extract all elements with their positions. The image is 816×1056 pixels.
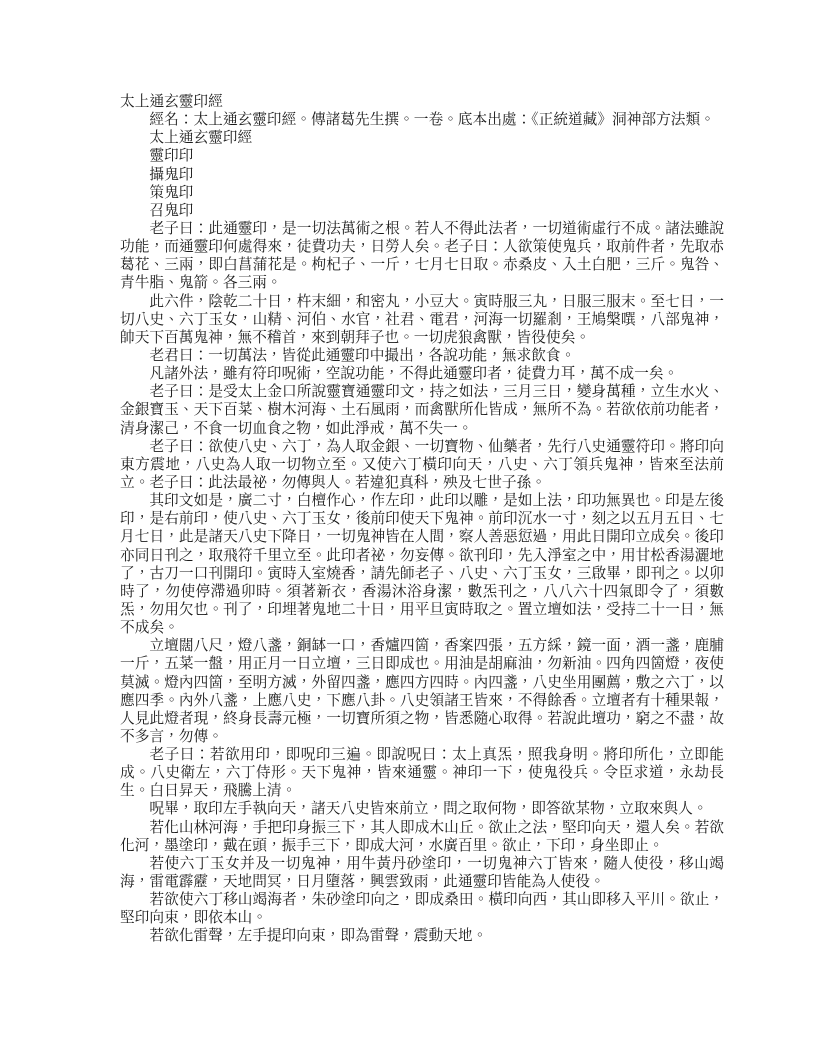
doc-meta: 經名：太上通玄靈印經。傳諸葛先生撰。一卷。底本出處：《正統道藏》洞神部方法類。 — [120, 111, 724, 129]
paragraph: 老子曰：此通靈印，是一切法萬術之根。若人不得此法者，一切道術虛行不成。諸法雖說功… — [120, 220, 724, 293]
paragraph: 老子曰：是受太上金口所說靈寶通靈印文，持之如法，三月三日，變身萬種，立生水火、金… — [120, 383, 724, 437]
paragraph: 凡諸外法，雖有符印呪術，空說功能，不得此通靈印者，徒費力耳，萬不成一矣。 — [120, 365, 724, 383]
paragraph: 若使六丁玉女并及一切鬼神，用牛黃丹砂塗印，一切鬼神六丁皆來，隨人使役，移山竭海，… — [120, 855, 724, 891]
seal-list-item: 攝鬼印 — [120, 166, 724, 184]
seal-list-item: 召鬼印 — [120, 202, 724, 220]
paragraph: 若化山林河海，手把印身振三下，其人即成木山丘。欲止之法，堅印向天，還人矣。若欲化… — [120, 819, 724, 855]
document-page: 太上通玄靈印經經名：太上通玄靈印經。傳諸葛先生撰。一卷。底本出處：《正統道藏》洞… — [0, 0, 816, 1056]
paragraph: 老君曰：一切萬法，皆從此通靈印中撮出，各說功能，無求飲食。 — [120, 347, 724, 365]
paragraph: 若欲使六丁移山竭海者，朱砂塗印向之，即成桑田。橫印向西，其山即移入平川。欲止，堅… — [120, 891, 724, 927]
doc-title: 太上通玄靈印經 — [120, 93, 724, 111]
seal-list-item: 策鬼印 — [120, 184, 724, 202]
paragraph: 呪畢，取印左手執向天，諸天八史皆來前立，問之取何物，即答欲某物，立取來與人。 — [120, 800, 724, 818]
inner-title: 太上通玄靈印經 — [120, 129, 724, 147]
paragraph: 其印文如是，廣二寸，白檀作心，作左印，此印以雕，是如上法，印功無異也。印是左後印… — [120, 492, 724, 637]
seal-list-item: 靈印印 — [120, 147, 724, 165]
document-body: 太上通玄靈印經經名：太上通玄靈印經。傳諸葛先生撰。一卷。底本出處：《正統道藏》洞… — [120, 93, 724, 946]
paragraph: 此六件，陰乾二十日，杵末細，和密丸，小豆大。寅時服三丸，日服三服末。至七日，一切… — [120, 293, 724, 347]
paragraph: 老子曰：欲使八史、六丁，為人取金銀、一切寶物、仙藥者，先行八史通靈符印。將印向東… — [120, 438, 724, 492]
paragraph: 若欲化雷聲，左手提印向束，即為雷聲，震動天地。 — [120, 927, 724, 945]
paragraph: 老子曰：若欲用印，即呪印三遍。即說呪曰：太上真炁，照我身明。將印所化，立即能成。… — [120, 746, 724, 800]
paragraph: 立壇闊八尺，燈八盞，銅缽一口，香爐四箇，香案四張，五方綵，鏡一面，酒一盞，鹿脯一… — [120, 637, 724, 746]
